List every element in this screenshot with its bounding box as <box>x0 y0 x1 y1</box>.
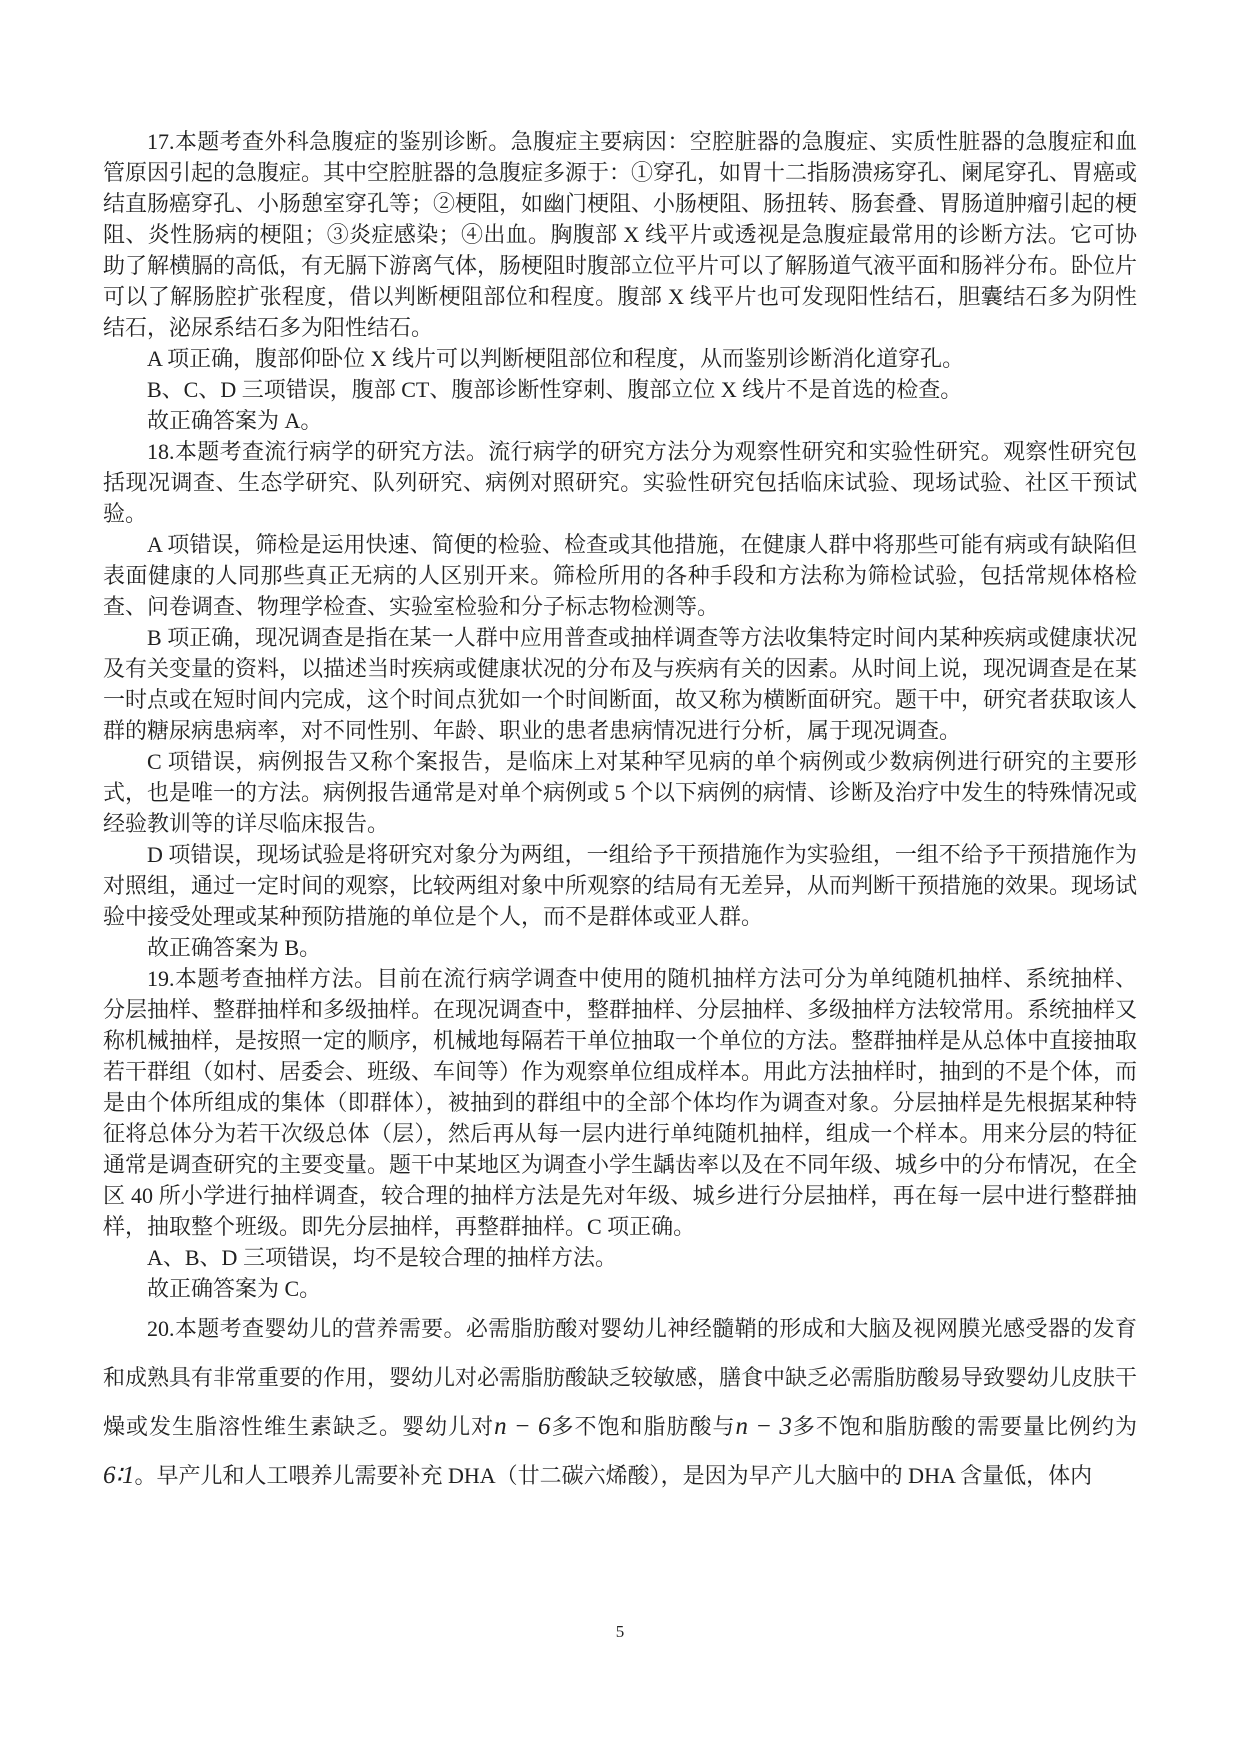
text-run: 18.本题考查流行病学的研究方法。流行病学的研究方法分为观察性研究和实验性研究。… <box>103 439 1137 526</box>
text-run: 多不饱和脂肪酸与 <box>550 1414 735 1439</box>
text-run: 故正确答案为 A。 <box>147 408 322 433</box>
paragraph-q18-option-c: C 项错误，病例报告又称个案报告，是临床上对某种罕见病的单个病例或少数病例进行研… <box>103 746 1137 839</box>
text-run: 17.本题考查外科急腹症的鉴别诊断。急腹症主要病因：空腔脏器的急腹症、实质性脏器… <box>103 129 1137 340</box>
paragraph-q18-analysis: 18.本题考查流行病学的研究方法。流行病学的研究方法分为观察性研究和实验性研究。… <box>103 436 1137 529</box>
text-run: 故正确答案为 B。 <box>147 935 321 960</box>
paragraph-q18-option-a: A 项错误，筛检是运用快速、简便的检验、检查或其他措施，在健康人群中将那些可能有… <box>103 529 1137 622</box>
page-number: 5 <box>616 1622 625 1641</box>
math-expression: n − 6 <box>494 1413 550 1440</box>
text-run: 19.本题考查抽样方法。目前在流行病学调查中使用的随机抽样方法可分为单纯随机抽样… <box>103 966 1137 1239</box>
paragraph-q19-analysis: 19.本题考查抽样方法。目前在流行病学调查中使用的随机抽样方法可分为单纯随机抽样… <box>103 963 1137 1242</box>
text-run: 多不饱和脂肪酸的需要量比例约为 <box>792 1414 1137 1439</box>
text-run: C 项错误，病例报告又称个案报告，是临床上对某种罕见病的单个病例或少数病例进行研… <box>103 749 1137 836</box>
math-expression: n − 3 <box>736 1413 792 1440</box>
paragraph-q17-option-a: A 项正确，腹部仰卧位 X 线片可以判断梗阻部位和程度，从而鉴别诊断消化道穿孔。 <box>103 343 1137 374</box>
paragraph-q19-answer: 故正确答案为 C。 <box>103 1273 1137 1304</box>
paragraph-q18-answer: 故正确答案为 B。 <box>103 932 1137 963</box>
text-run: 。早产儿和人工喂养儿需要补充 DHA（廿二碳六烯酸），是因为早产儿大脑中的 DH… <box>135 1463 1093 1488</box>
document-body: 17.本题考查外科急腹症的鉴别诊断。急腹症主要病因：空腔脏器的急腹症、实质性脏器… <box>103 126 1137 1500</box>
text-run: B、C、D 三项错误，腹部 CT、腹部诊断性穿刺、腹部立位 X 线片不是首选的检… <box>147 377 962 402</box>
text-run: 故正确答案为 C。 <box>147 1276 321 1301</box>
document-page: 17.本题考查外科急腹症的鉴别诊断。急腹症主要病因：空腔脏器的急腹症、实质性脏器… <box>0 0 1240 1754</box>
text-run: A 项错误，筛检是运用快速、简便的检验、检查或其他措施，在健康人群中将那些可能有… <box>103 532 1137 619</box>
paragraph-q20-analysis: 20.本题考查婴幼儿的营养需要。必需脂肪酸对婴幼儿神经髓鞘的形成和大脑及视网膜光… <box>103 1304 1137 1500</box>
paragraph-q17-answer: 故正确答案为 A。 <box>103 405 1137 436</box>
paragraph-q17-analysis: 17.本题考查外科急腹症的鉴别诊断。急腹症主要病因：空腔脏器的急腹症、实质性脏器… <box>103 126 1137 343</box>
text-run: D 项错误，现场试验是将研究对象分为两组，一组给予干预措施作为实验组，一组不给予… <box>103 842 1137 929</box>
text-run: B 项正确，现况调查是指在某一人群中应用普查或抽样调查等方法收集特定时间内某种疾… <box>103 625 1137 743</box>
math-expression: 6∶1 <box>103 1462 135 1489</box>
paragraph-q19-options-abd: A、B、D 三项错误，均不是较合理的抽样方法。 <box>103 1242 1137 1273</box>
text-run: A、B、D 三项错误，均不是较合理的抽样方法。 <box>147 1245 617 1270</box>
paragraph-q18-option-b: B 项正确，现况调查是指在某一人群中应用普查或抽样调查等方法收集特定时间内某种疾… <box>103 622 1137 746</box>
text-run: A 项正确，腹部仰卧位 X 线片可以判断梗阻部位和程度，从而鉴别诊断消化道穿孔。 <box>147 346 964 371</box>
paragraph-q17-options-bcd: B、C、D 三项错误，腹部 CT、腹部诊断性穿刺、腹部立位 X 线片不是首选的检… <box>103 374 1137 405</box>
paragraph-q18-option-d: D 项错误，现场试验是将研究对象分为两组，一组给予干预措施作为实验组，一组不给予… <box>103 839 1137 932</box>
page-footer: 5 <box>0 1622 1240 1642</box>
